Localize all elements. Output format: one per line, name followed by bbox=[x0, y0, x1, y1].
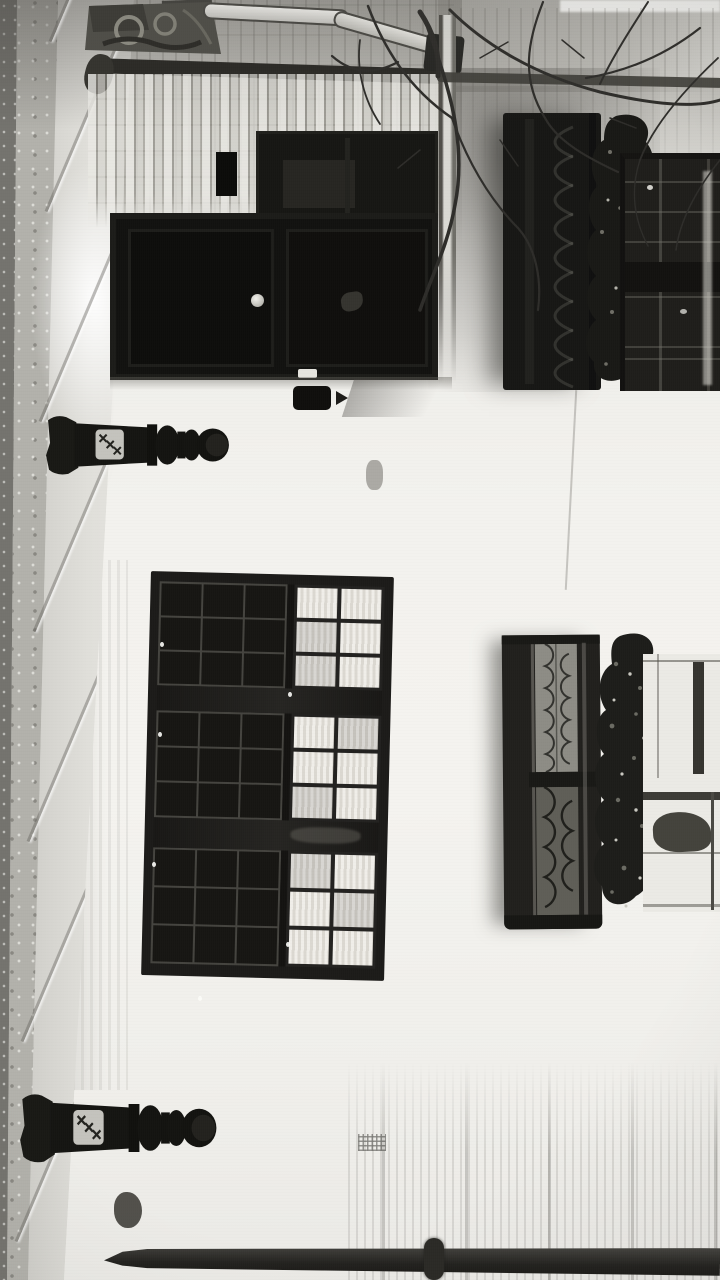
window-frame-line bbox=[643, 660, 720, 662]
dark-panes bbox=[150, 847, 281, 966]
glass-glint bbox=[152, 862, 156, 867]
dark-panes bbox=[154, 710, 285, 820]
photo-canvas bbox=[0, 0, 720, 1280]
window-frame-line bbox=[711, 792, 714, 910]
mullion-smudge bbox=[290, 827, 360, 845]
railing-scallops-upper bbox=[535, 644, 578, 772]
glass-glint bbox=[286, 942, 290, 947]
wall-streaks-bottom bbox=[348, 1062, 720, 1280]
glass-glint bbox=[158, 732, 162, 737]
glass-glint bbox=[288, 692, 292, 697]
curtained-panes bbox=[292, 585, 384, 691]
corbel-ornament bbox=[83, 0, 223, 58]
vine-branches bbox=[300, 0, 720, 345]
doorbell-box bbox=[293, 386, 331, 410]
railing-scallops-lower bbox=[536, 787, 579, 915]
reflection-shape bbox=[652, 811, 712, 854]
window-frame-line bbox=[643, 904, 720, 907]
amsterdam-crest bbox=[73, 1110, 103, 1145]
window-frame-line bbox=[643, 852, 720, 854]
door-knob bbox=[251, 294, 264, 307]
window-band bbox=[150, 847, 378, 968]
curtained-panes bbox=[286, 851, 379, 969]
multi-pane-window bbox=[141, 571, 394, 981]
amsterdam-crest bbox=[96, 430, 124, 460]
window-mullion bbox=[153, 817, 379, 852]
window-band bbox=[154, 710, 382, 822]
box-bottom bbox=[504, 915, 602, 930]
pipe-rail-joint bbox=[424, 1238, 444, 1280]
bollard-upper bbox=[44, 414, 236, 476]
glass-glint bbox=[198, 996, 202, 1001]
window-band bbox=[157, 581, 384, 690]
dark-panes bbox=[157, 581, 288, 688]
pavement-stone bbox=[114, 1192, 142, 1228]
window-dark-mullion bbox=[693, 662, 704, 774]
bollard-lower bbox=[18, 1092, 224, 1164]
curtained-panes bbox=[289, 714, 381, 823]
window-frame-line bbox=[657, 654, 659, 778]
window-box-lower bbox=[502, 635, 603, 930]
vent-grille bbox=[358, 1134, 386, 1151]
wall-stain bbox=[366, 460, 383, 490]
glass-glint bbox=[160, 642, 164, 647]
window-frame-line bbox=[643, 792, 720, 800]
house-number-plaque bbox=[216, 152, 237, 196]
window-behind-lower-box bbox=[643, 654, 720, 912]
